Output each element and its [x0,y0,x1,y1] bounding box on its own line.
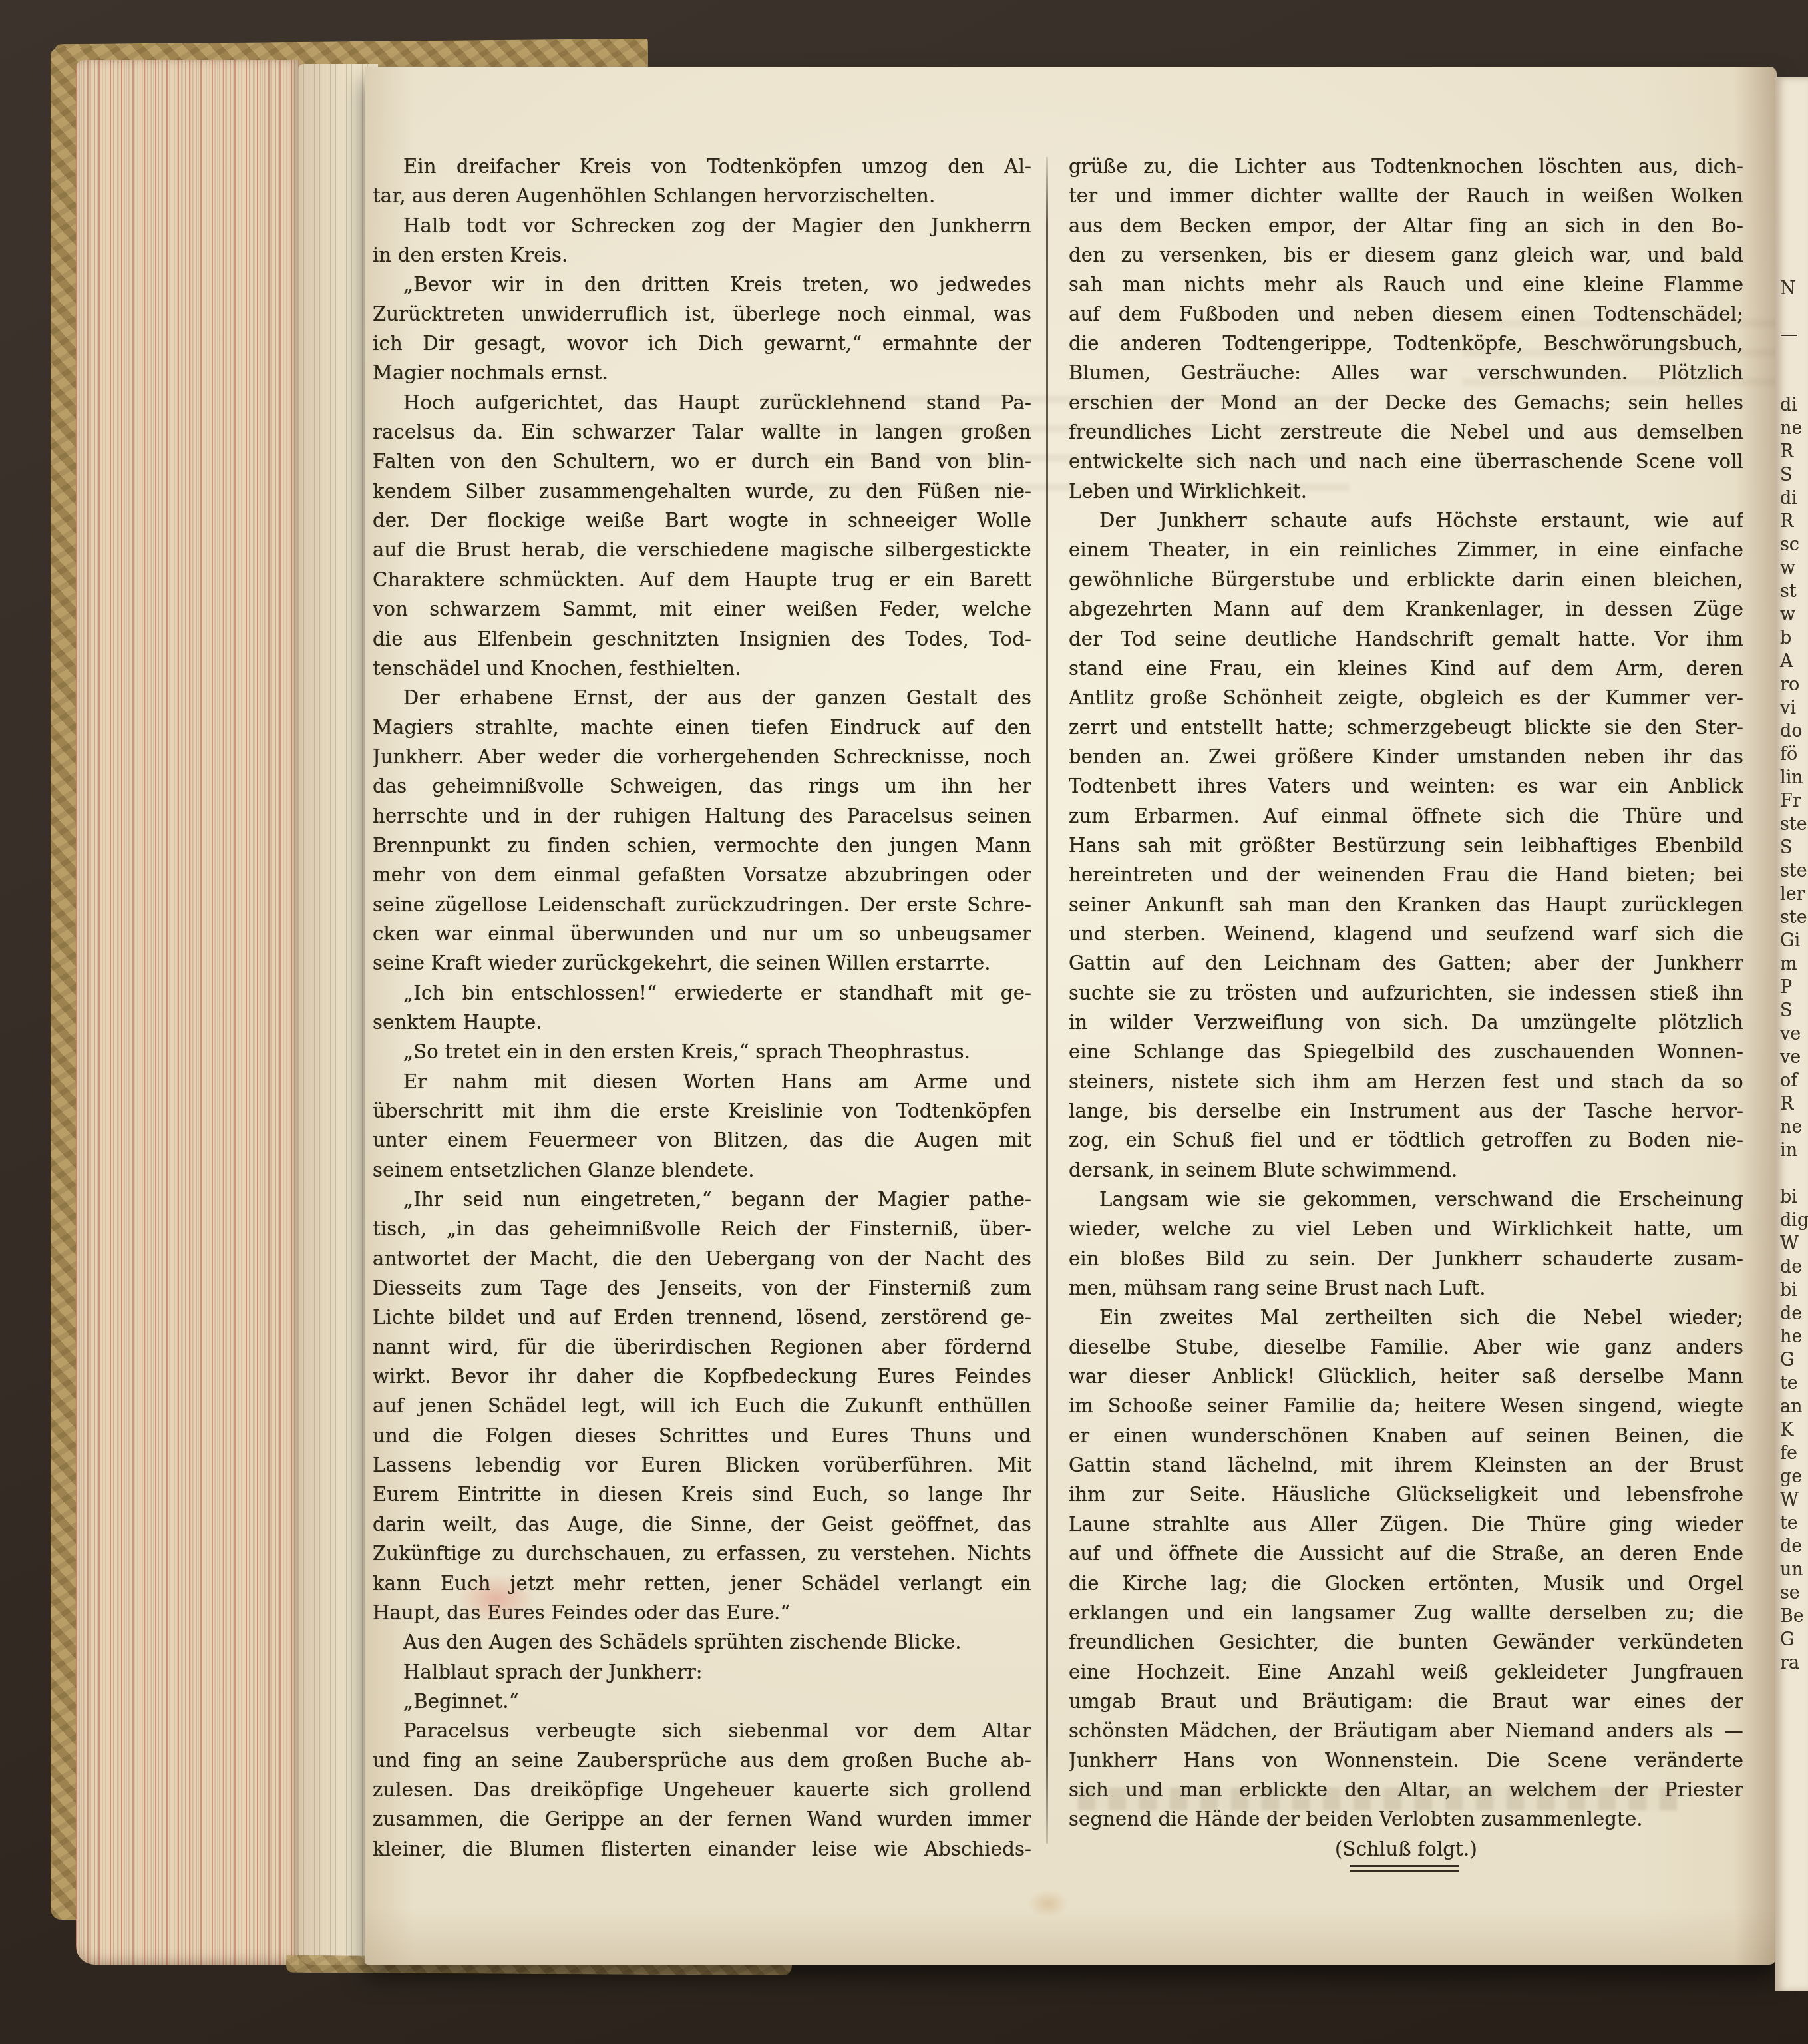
facing-page-text-fragment: W [1780,1235,1799,1253]
facing-page-text-fragment: de [1780,1537,1802,1555]
facing-page-text-fragment: an [1780,1398,1803,1416]
text-line: Ein dreifacher Kreis von Todtenköpfen um… [373,152,1031,181]
text-line: seine zügellose Leidenschaft zurückzudri… [373,890,1031,919]
facing-page-text-fragment: te [1780,1514,1798,1532]
closing-double-rule [1350,1865,1459,1872]
text-line: lange, bis derselbe ein Instrument aus d… [1069,1096,1743,1125]
text-line: Lassens lebendig vor Euren Blicken vorüb… [373,1450,1031,1480]
facing-page-text-fragment: N [1780,280,1796,298]
text-line: Leben und Wirklichkeit. [1069,477,1743,506]
text-line: kleiner, die Blumen flisterten einander … [373,1834,1031,1864]
text-line: seinem entsetzlichen Glanze blendete. [373,1155,1031,1185]
text-line: erklangen und ein langsamer Zug wallte d… [1069,1598,1743,1627]
text-line: sich und man erblickte den Altar, an wel… [1069,1775,1743,1804]
text-line: hereintreten und der weinenden Frau die … [1069,860,1743,889]
text-line: steiners, nistete sich ihm am Herzen fes… [1069,1067,1743,1096]
text-line: Hans sah mit größter Bestürzung sein lei… [1069,831,1743,860]
text-line: benden an. Zwei größere Kinder umstanden… [1069,742,1743,771]
facing-page-text-fragment: G [1780,1351,1795,1369]
text-line: eine Schlange das Spiegelbild des zuscha… [1069,1037,1743,1066]
text-line: Diesseits zum Tage des Jenseits, von der… [373,1273,1031,1303]
facing-page-text-fragment: vi [1780,699,1796,717]
text-column-right: grüße zu, die Lichter aus Todtenknochen … [1069,152,1743,1864]
text-line: Aus den Augen des Schädels sprühten zisc… [373,1627,1031,1657]
text-line: zulesen. Das dreiköpfige Ungeheuer kauer… [373,1775,1031,1804]
text-line: nannt wird, für die überirdischen Region… [373,1332,1031,1362]
text-line: schönsten Mädchen, der Bräutigam aber Ni… [1069,1716,1743,1745]
text-line: in den ersten Kreis. [373,240,1031,270]
text-line: das geheimnißvolle Schweigen, das rings … [373,771,1031,801]
facing-page-text-fragment: W [1780,1491,1799,1509]
text-line: freundlichen Gesichter, die bunten Gewän… [1069,1627,1743,1657]
facing-page-text-fragment: bi [1780,1188,1797,1206]
text-line: von schwarzem Sammt, mit einer weißen Fe… [373,594,1031,624]
facing-page-text-fragment: — [1780,326,1798,344]
text-line: in wilder Verzweiflung von sich. Da umzü… [1069,1008,1743,1037]
text-line: antwortet der Macht, die den Uebergang v… [373,1244,1031,1273]
facing-page-text-fragment: di [1780,489,1797,507]
text-line: wieder, welche zu viel Leben und Wirklic… [1069,1214,1743,1243]
text-line: Gattin auf den Leichnam des Gatten; aber… [1069,948,1743,978]
facing-page-text-fragment: ra [1780,1654,1799,1672]
text-line: Charaktere schmückten. Auf dem Haupte tr… [373,565,1031,594]
facing-page-text-fragment: dig [1780,1211,1808,1229]
text-line: auf dem Fußboden und neben diesem einen … [1069,300,1743,329]
text-line: suchte sie zu trösten und aufzurichten, … [1069,978,1743,1008]
facing-page-text-fragment: ve [1780,1048,1801,1066]
text-line: im Schooße seiner Familie da; heitere We… [1069,1391,1743,1420]
facing-page-text-fragment: sc [1780,536,1799,554]
facing-page-text-fragment: ne [1780,1118,1802,1136]
facing-page-text-fragment: S [1780,466,1793,484]
text-column-left: Ein dreifacher Kreis von Todtenköpfen um… [373,152,1031,1864]
text-line: „Beginnet.“ [373,1687,1031,1716]
text-line: wirkt. Bevor ihr daher die Kopfbedeckung… [373,1362,1031,1391]
facing-page-text-fragment: w [1780,559,1795,577]
facing-page-text-fragment: G [1780,1631,1795,1649]
text-line: zum Erbarmen. Auf einmal öffnete sich di… [1069,801,1743,831]
text-line: kendem Silber zusammengehalten wurde, zu… [373,477,1031,506]
text-line: grüße zu, die Lichter aus Todtenknochen … [1069,152,1743,181]
text-line: Zukünftige zu durchschauen, zu erfassen,… [373,1539,1031,1568]
text-line: dersank, in seinem Blute schwimmend. [1069,1155,1743,1185]
facing-page-text-fragment: b [1780,629,1791,647]
closing-note: (Schluß folgt.) [1069,1834,1743,1864]
facing-page-text-fragment: ste [1780,909,1807,926]
text-line: Antlitz große Schönheit zeigte, obgleich… [1069,683,1743,712]
facing-page-text-fragment: bi [1780,1281,1797,1299]
text-line: Zurücktreten unwiderruflich ist, überleg… [373,300,1031,329]
facing-page-text-fragment: R [1780,1095,1793,1113]
text-line: er einen wunderschönen Knaben auf seinen… [1069,1421,1743,1450]
text-line: ich Dir gesagt, wovor ich Dich gewarnt,“… [373,329,1031,358]
text-line: war dieser Anblick! Glücklich, heiter sa… [1069,1362,1743,1391]
text-line: dieselbe Stube, dieselbe Familie. Aber w… [1069,1332,1743,1362]
text-line: kann Euch jetzt mehr retten, jener Schäd… [373,1569,1031,1598]
facing-page-text-fragment: te [1780,1374,1798,1392]
text-line: die Kirche lag; die Glocken ertönten, Mu… [1069,1569,1743,1598]
facing-page-text-fragment: un [1780,1561,1803,1579]
text-line: stand eine Frau, ein kleines Kind auf de… [1069,654,1743,683]
text-line: auf die Brust herab, die verschiedene ma… [373,535,1031,564]
text-line: ein bloßes Bild zu sein. Der Junkherr sc… [1069,1244,1743,1273]
text-line: den zu versenken, bis er diesem ganz gle… [1069,240,1743,270]
facing-page-text-fragment: P [1780,978,1792,996]
book-photo: Ein dreifacher Kreis von Todtenköpfen um… [0,0,1808,2044]
text-line: die aus Elfenbein geschnitzten Insignien… [373,624,1031,654]
facing-page-text-fragment: fe [1780,1444,1797,1462]
facing-page-text-fragment: ge [1780,1468,1802,1486]
text-line: men, mühsam rang seine Brust nach Luft. [1069,1273,1743,1303]
text-line: Junkherr Hans von Wonnenstein. Die Scene… [1069,1746,1743,1775]
facing-page-text-fragment: di [1780,396,1797,414]
facing-page-text-fragment: in [1780,1141,1797,1159]
facing-page-text-fragment: ro [1780,676,1799,694]
text-line: seine Kraft wieder zurückgekehrt, die se… [373,948,1031,978]
text-line: Er nahm mit diesen Worten Hans am Arme u… [373,1067,1031,1096]
text-line: eine Hochzeit. Eine Anzahl weiß gekleide… [1069,1657,1743,1687]
text-line: auf und öffnete die Aussicht auf die Str… [1069,1539,1743,1568]
text-line: erschien der Mond an der Decke des Gemac… [1069,388,1743,417]
text-line: Hoch aufgerichtet, das Haupt zurücklehne… [373,388,1031,417]
page-stack-fore-edge [76,60,299,1965]
facing-page-text-fragment: ler [1780,885,1805,903]
text-line: tisch, „in das geheimnißvolle Reich der … [373,1214,1031,1243]
facing-page-text-fragment: lin [1780,769,1803,787]
text-line: aus dem Becken empor, der Altar fing an … [1069,211,1743,240]
text-line: zusammen, die Gerippe an der fernen Wand… [373,1804,1031,1834]
text-line: darin weilt, das Auge, die Sinne, der Ge… [373,1510,1031,1539]
text-line: und die Folgen dieses Schrittes und Eure… [373,1421,1031,1450]
text-line: ihm zur Seite. Häusliche Glückseligkeit … [1069,1480,1743,1509]
facing-page-text-fragment: ne [1780,419,1802,437]
text-line: einem Theater, in ein reinliches Zimmer,… [1069,535,1743,564]
text-line: Junkherr. Aber weder die vorhergehenden … [373,742,1031,771]
facing-page-text-fragment: Fr [1780,792,1801,810]
text-line: „So tretet ein in den ersten Kreis,“ spr… [373,1037,1031,1066]
text-line: Magier nochmals ernst. [373,358,1031,387]
facing-page-text-fragment: of [1780,1072,1797,1090]
text-line: Todtenbett ihres Vaters und weinten: es … [1069,771,1743,801]
text-line: abgezehrten Mann auf dem Krankenlager, i… [1069,594,1743,624]
text-line: und sterben. Weinend, klagend und seufze… [1069,919,1743,948]
text-line: Blumen, Gesträuche: Alles war verschwund… [1069,358,1743,387]
text-line: Haupt, das Eures Feindes oder das Eure.“ [373,1598,1031,1627]
facing-page-text-fragment: ste [1780,815,1807,833]
text-line: entwickelte sich nach und nach eine über… [1069,447,1743,476]
text-line: Eurem Eintritte in diesen Kreis sind Euc… [373,1480,1031,1509]
facing-page-text-fragment: Be [1780,1607,1804,1625]
text-line: „Bevor wir in den dritten Kreis treten, … [373,270,1031,299]
text-line: überschritt mit ihm die erste Kreislinie… [373,1096,1031,1125]
text-line: die anderen Todtengerippe, Todtenköpfe, … [1069,329,1743,358]
text-line: der. Der flockige weiße Bart wogte in sc… [373,506,1031,535]
facing-page-text-fragment: de [1780,1258,1802,1276]
text-line: racelsus da. Ein schwarzer Talar wallte … [373,417,1031,447]
text-line: Halb todt vor Schrecken zog der Magier d… [373,211,1031,240]
text-line: Langsam wie sie gekommen, verschwand die… [1069,1185,1743,1214]
facing-page-text-fragment: do [1780,722,1803,740]
text-line: auf jenen Schädel legt, will ich Euch di… [373,1391,1031,1420]
text-line: der Tod seine deutliche Handschrift gema… [1069,624,1743,654]
text-line: Paracelsus verbeugte sich siebenmal vor … [373,1716,1031,1745]
text-line: segnend die Hände der beiden Verlobten z… [1069,1804,1743,1834]
facing-page-text-fragment: A [1780,652,1793,670]
text-line: cken war einmal überwunden und nur um so… [373,919,1031,948]
text-line: mehr von dem einmal gefaßten Vorsatze ab… [373,860,1031,889]
text-line: und fing an seine Zaubersprüche aus dem … [373,1746,1031,1775]
text-line: umgab Braut und Bräutigam: die Braut war… [1069,1687,1743,1716]
text-line: zog, ein Schuß fiel und er tödtlich getr… [1069,1125,1743,1155]
paper-stain [1028,1890,1068,1917]
text-line: Magiers strahlte, machte einen tiefen Ei… [373,713,1031,742]
facing-page-text-fragment: fö [1780,745,1797,763]
facing-page-text-fragment: he [1780,1328,1802,1346]
text-line: Laune strahlte aus Aller Zügen. Die Thür… [1069,1510,1743,1539]
text-line: Halblaut sprach der Junkherr: [373,1657,1031,1687]
facing-page-text-fragment: ste [1780,862,1807,880]
facing-page-text-fragment: se [1780,1584,1800,1602]
text-line: Lichte bildet und auf Erden trennend, lö… [373,1303,1031,1332]
text-line: seiner Ankunft sah man den Kranken das H… [1069,890,1743,919]
text-line: Brennpunkt zu finden schien, vermochte d… [373,831,1031,860]
facing-page-text-fragment: w [1780,606,1795,624]
text-line: Der erhabene Ernst, der aus der ganzen G… [373,683,1031,712]
text-line: freundliches Licht zerstreute die Nebel … [1069,417,1743,447]
text-line: „Ich bin entschlossen!“ erwiederte er st… [373,978,1031,1008]
facing-page-text-fragment: m [1780,955,1797,973]
text-line: Ein zweites Mal zertheilten sich die Neb… [1069,1303,1743,1332]
facing-page-text-fragment: R [1780,443,1793,461]
facing-page-text-fragment: st [1780,582,1797,600]
facing-page-text-fragment: S [1780,839,1793,857]
facing-page-text-fragment: ve [1780,1025,1801,1043]
text-line: zerrt und entstellt hatte; schmerzgebeug… [1069,713,1743,742]
text-line: Der Junkherr schaute aufs Höchste erstau… [1069,506,1743,535]
column-divider-rule [1046,157,1048,1844]
text-line: gewöhnliche Bürgerstube und erblickte da… [1069,565,1743,594]
facing-page-text-fragment: Gi [1780,932,1800,950]
text-line: sah man nichts mehr als Rauch und eine k… [1069,270,1743,299]
text-line: Falten von den Schultern, wo er durch ei… [373,447,1031,476]
facing-page-text-fragment: S [1780,1002,1793,1020]
text-line: herrschte und in der ruhigen Haltung des… [373,801,1031,831]
facing-page-text-fragment: K [1780,1421,1793,1439]
facing-page-text-fragment: R [1780,512,1793,530]
text-line: ter und immer dichter wallte der Rauch i… [1069,181,1743,210]
text-line: tar, aus deren Augenhöhlen Schlangen her… [373,181,1031,210]
facing-page-edge: N—dineRSdiRscwstwbArovidofölinFrsteSstel… [1775,77,1808,1991]
facing-page-text-fragment: de [1780,1305,1802,1323]
text-line: Gattin stand lächelnd, mit ihrem Kleinst… [1069,1450,1743,1480]
text-line: tenschädel und Knochen, festhielten. [373,654,1031,683]
text-line: senktem Haupte. [373,1008,1031,1037]
text-line: „Ihr seid nun eingetreten,“ begann der M… [373,1185,1031,1214]
text-line: unter einem Feuermeer von Blitzen, das d… [373,1125,1031,1155]
